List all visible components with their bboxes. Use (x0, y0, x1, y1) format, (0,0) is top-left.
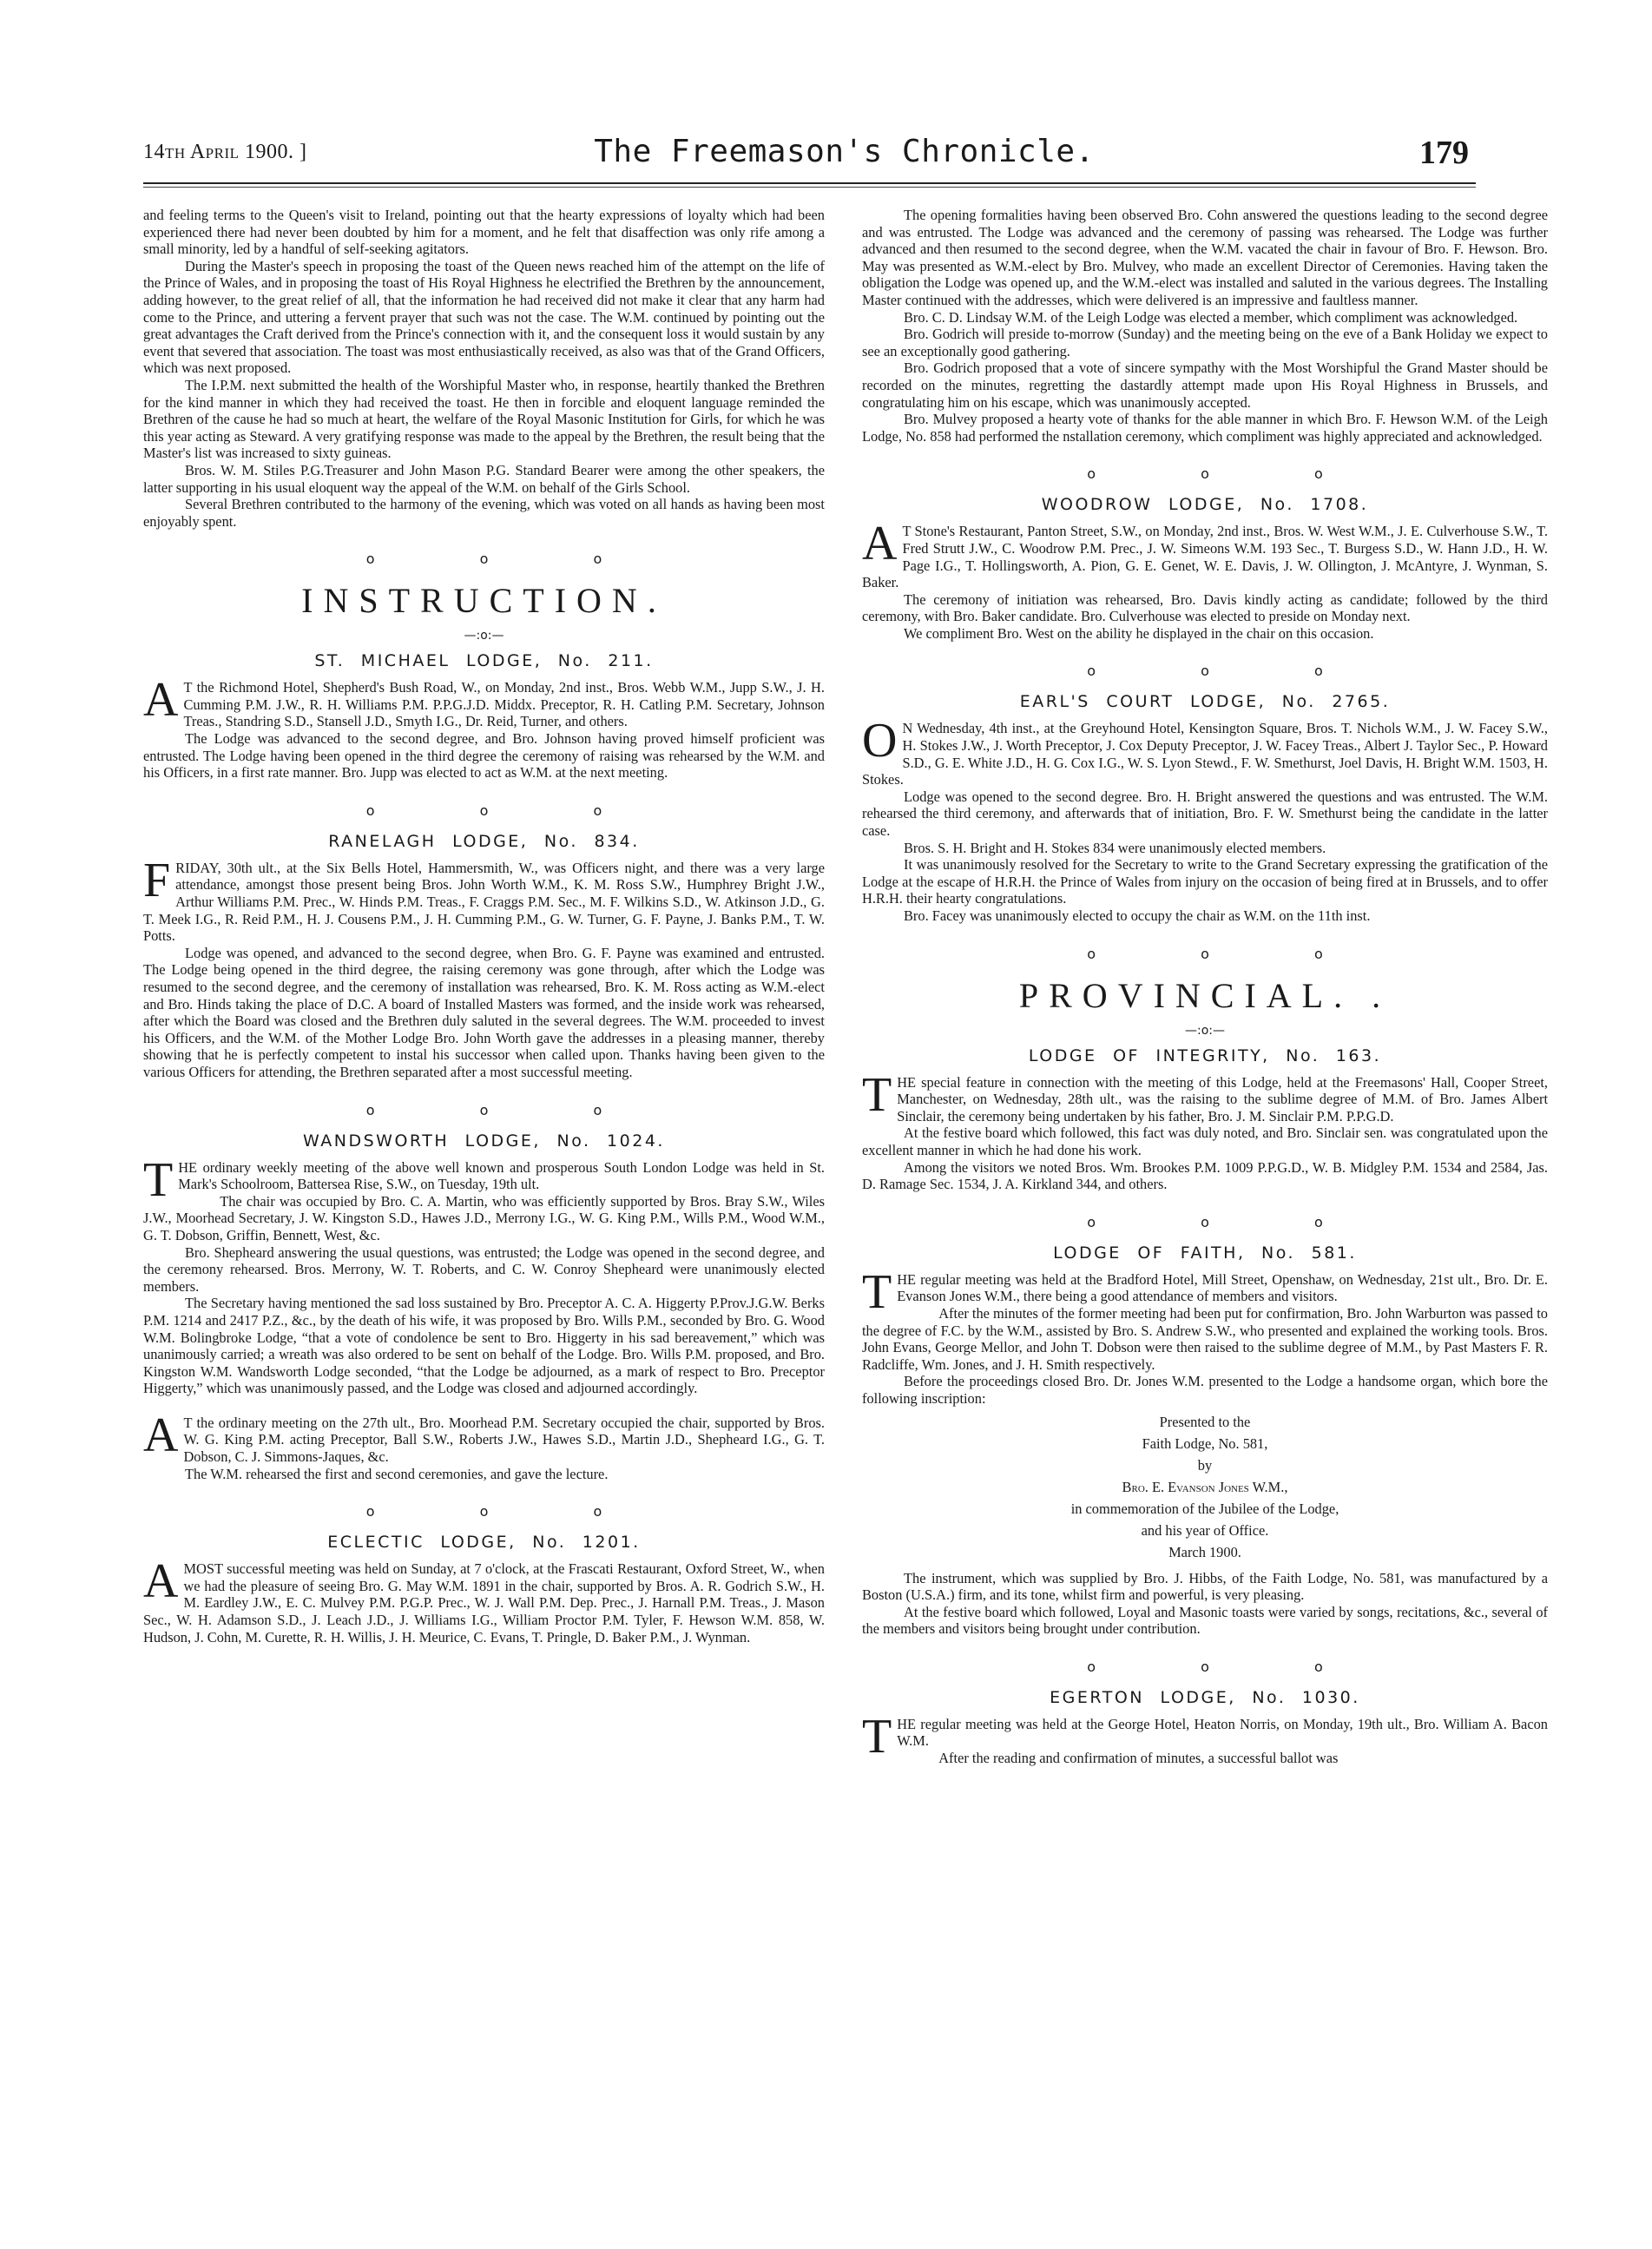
drop-cap: A (143, 681, 178, 719)
paragraph: Bro. Mulvey proposed a hearty vote of th… (862, 411, 1548, 445)
paragraph-text: HE special feature in connection with th… (897, 1074, 1548, 1124)
paragraph-text: T the Richmond Hotel, Shepherd's Bush Ro… (183, 679, 825, 729)
inscription-line: by (862, 1454, 1548, 1476)
paragraph-text: HE regular meeting was held at the Georg… (897, 1716, 1548, 1750)
lodge-title: EGERTON LODGE, No. 1030. (862, 1688, 1548, 1707)
masthead: 14th April 1900. ] The Freemason's Chron… (143, 122, 1545, 174)
drop-cap: A (143, 1416, 178, 1454)
lodge-title: EARL'S COURT LODGE, No. 2765. (862, 692, 1548, 711)
article-woodrow-lodge: WOODROW LODGE, No. 1708. AT Stone's Rest… (862, 495, 1548, 642)
paragraph: Lodge was opened to the second degree. B… (862, 788, 1548, 840)
article-st-michael-lodge: ST. MICHAEL LODGE, No. 211. AT the Richm… (143, 651, 825, 782)
drop-cap: O (862, 722, 897, 760)
spacer (143, 1397, 825, 1415)
inscription-line: March 1900. (862, 1541, 1548, 1563)
paragraph-text: T the ordinary meeting on the 27th ult.,… (183, 1415, 825, 1465)
paragraph: Bros. S. H. Bright and H. Stokes 834 wer… (862, 840, 1548, 857)
paragraph: Bro. Godrich proposed that a vote of sin… (862, 359, 1548, 411)
drop-cap: A (862, 524, 897, 563)
paragraph: The ceremony of initiation was rehearsed… (862, 591, 1548, 625)
paragraph: The I.P.M. next submitted the health of … (143, 377, 825, 462)
drop-cap: T (143, 1161, 173, 1199)
article-wandsworth-lodge: WANDSWORTH LODGE, No. 1024. THE ordinary… (143, 1131, 825, 1483)
lodge-title: ECLECTIC LODGE, No. 1201. (143, 1533, 825, 1552)
article-eclectic-lodge-continued: The opening formalities having been obse… (862, 207, 1548, 445)
masthead-rule (143, 182, 1476, 184)
lodge-title: LODGE OF FAITH, No. 581. (862, 1243, 1548, 1263)
paragraph-text: HE ordinary weekly meeting of the above … (178, 1159, 825, 1193)
section-separator: o o o (912, 663, 1548, 680)
right-column: The opening formalities having been obse… (862, 207, 1548, 1767)
section-heading-provincial: PROVINCIAL. . (862, 975, 1548, 1017)
newspaper-page: 14th April 1900. ] The Freemason's Chron… (143, 122, 1545, 174)
inscription-line: in commemoration of the Jubilee of the L… (862, 1498, 1548, 1520)
paragraph: We compliment Bro. West on the ability h… (862, 625, 1548, 643)
section-separator: o o o (194, 551, 825, 568)
paragraph: The W.M. rehearsed the first and second … (143, 1466, 825, 1483)
paragraph: Bro. Godrich will preside to-morrow (Sun… (862, 326, 1548, 359)
paragraph: Lodge was opened, and advanced to the se… (143, 945, 825, 1081)
section-separator: o o o (194, 802, 825, 820)
paragraph: A MOST successful meeting was held on Su… (143, 1560, 825, 1646)
paragraph: Bro. Facey was unanimously elected to oc… (862, 907, 1548, 925)
paragraph: THE regular meeting was held at the Geor… (862, 1716, 1548, 1750)
lodge-title: ST. MICHAEL LODGE, No. 211. (143, 651, 825, 670)
paragraph: The opening formalities having been obse… (862, 207, 1548, 309)
drop-cap: T (862, 1718, 892, 1756)
article-lodge-of-integrity: LODGE OF INTEGRITY, No. 163. THE special… (862, 1046, 1548, 1193)
lodge-title: WANDSWORTH LODGE, No. 1024. (143, 1131, 825, 1151)
paragraph-text: T Stone's Restaurant, Panton Street, S.W… (862, 523, 1548, 590)
left-column: and feeling terms to the Queen's visit t… (143, 207, 825, 1646)
inscription-line: and his year of Office. (862, 1520, 1548, 1541)
masthead-rule-thin (143, 187, 1476, 188)
paragraph-text: RIDAY, 30th ult., at the Six Bells Hotel… (143, 860, 825, 944)
paragraph: The Lodge was advanced to the second deg… (143, 730, 825, 782)
inscription-line: Faith Lodge, No. 581, (862, 1433, 1548, 1454)
page-number: 179 (1419, 134, 1469, 172)
paragraph: THE special feature in connection with t… (862, 1074, 1548, 1125)
paragraph: Among the visitors we noted Bros. Wm. Br… (862, 1159, 1548, 1193)
paragraph-text: N Wednesday, 4th inst., at the Greyhound… (862, 720, 1548, 788)
article-egerton-lodge: EGERTON LODGE, No. 1030. THE regular mee… (862, 1688, 1548, 1767)
drop-cap: F (143, 861, 170, 900)
lodge-title: WOODROW LODGE, No. 1708. (862, 495, 1548, 514)
paragraph: AT Stone's Restaurant, Panton Street, S.… (862, 523, 1548, 590)
section-heading-instruction: INSTRUCTION. (143, 580, 825, 622)
paragraph: The Secretary having mentioned the sad l… (143, 1295, 825, 1397)
article-lodge-of-faith: LODGE OF FAITH, No. 581. THE regular mee… (862, 1243, 1548, 1638)
paragraph: AT the Richmond Hotel, Shepherd's Bush R… (143, 679, 825, 730)
paragraph: During the Master's speech in proposing … (143, 258, 825, 377)
drop-cap: T (862, 1273, 892, 1311)
paragraph: It was unanimously resolved for the Secr… (862, 856, 1548, 907)
section-separator: o o o (912, 465, 1548, 483)
organ-inscription: Presented to the Faith Lodge, No. 581, b… (862, 1411, 1548, 1563)
paragraph: Bro. Shepheard answering the usual quest… (143, 1244, 825, 1296)
section-separator: o o o (194, 1503, 825, 1520)
article-ranelagh-lodge: RANELAGH LODGE, No. 834. FRIDAY, 30th ul… (143, 832, 825, 1081)
section-separator: o o o (194, 1102, 825, 1119)
paragraph: At the festive board which followed, Loy… (862, 1604, 1548, 1638)
paragraph-text: HE regular meeting was held at the Bradf… (897, 1271, 1548, 1305)
paragraph: and feeling terms to the Queen's visit t… (143, 207, 825, 258)
article-earls-court-lodge: EARL'S COURT LODGE, No. 2765. ON Wednesd… (862, 692, 1548, 924)
paragraph: Several Brethren contributed to the harm… (143, 496, 825, 530)
paragraph: After the reading and confirmation of mi… (862, 1750, 1548, 1767)
drop-cap: T (862, 1076, 892, 1114)
lodge-title: RANELAGH LODGE, No. 834. (143, 832, 825, 851)
inscription-line: Bro. E. Evanson Jones W.M., (862, 1476, 1548, 1498)
lodge-title: LODGE OF INTEGRITY, No. 163. (862, 1046, 1548, 1065)
section-ornament: —:o:— (862, 1024, 1548, 1038)
paragraph: FRIDAY, 30th ult., at the Six Bells Hote… (143, 860, 825, 945)
inscription-line: Presented to the (862, 1411, 1548, 1433)
paragraph: ON Wednesday, 4th inst., at the Greyhoun… (862, 720, 1548, 788)
paragraph: The chair was occupied by Bro. C. A. Mar… (143, 1193, 825, 1244)
paragraph: Bros. W. M. Stiles P.G.Treasurer and Joh… (143, 462, 825, 496)
paragraph: After the minutes of the former meeting … (862, 1305, 1548, 1373)
paragraph: Before the proceedings closed Bro. Dr. J… (862, 1373, 1548, 1407)
section-ornament: —:o:— (143, 629, 825, 643)
publication-title: The Freemason's Chronicle. (143, 134, 1545, 169)
drop-cap: A (143, 1562, 178, 1600)
section-separator: o o o (912, 946, 1548, 963)
section-separator: o o o (912, 1659, 1548, 1676)
paragraph: Bro. C. D. Lindsay W.M. of the Leigh Lod… (862, 309, 1548, 326)
paragraph: THE ordinary weekly meeting of the above… (143, 1159, 825, 1193)
paragraph: The instrument, which was supplied by Br… (862, 1570, 1548, 1604)
section-separator: o o o (912, 1214, 1548, 1231)
paragraph: THE regular meeting was held at the Brad… (862, 1271, 1548, 1305)
paragraph-text: MOST successful meeting was held on Sund… (143, 1560, 825, 1645)
paragraph: AT the ordinary meeting on the 27th ult.… (143, 1415, 825, 1466)
paragraph: At the festive board which followed, thi… (862, 1124, 1548, 1158)
article-eclectic-lodge: ECLECTIC LODGE, No. 1201. A MOST success… (143, 1533, 825, 1646)
